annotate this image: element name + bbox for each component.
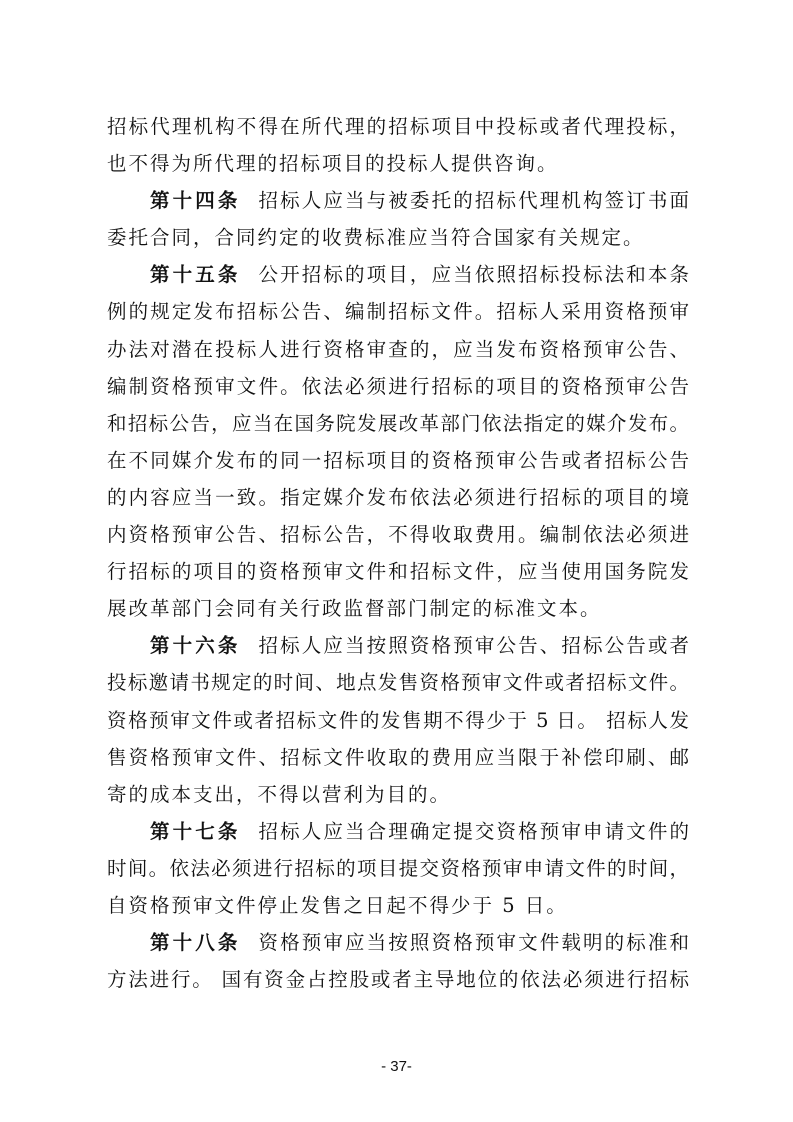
document-page: 招标代理机构不得在所代理的招标项目中投标或者代理投标， 也不得为所代理的招标项目… [0, 0, 793, 1122]
text-line: 售资格预审文件、招标文件收取的费用应当限于补偿印刷、邮 [107, 739, 689, 776]
article-18-heading-line: 第十八条资格预审应当按照资格预审文件载明的标准和 [107, 924, 689, 961]
line-text: 在不同媒介发布的同一招标项目的资格预审公告或者招标公告 [107, 449, 689, 472]
line-text: 办法对潜在投标人进行资格审查的，应当发布资格预审公告、 [107, 338, 689, 361]
text-line: 投标邀请书规定的时间、地点发售资格预审文件或者招标文件。 [107, 664, 689, 701]
text-line: 的内容应当一致。指定媒介发布依法必须进行招标的项目的境 [107, 479, 689, 516]
line-text: 寄的成本支出，不得以营利为目的。 [107, 783, 451, 806]
page-number: - 37- [0, 1058, 793, 1075]
text-line: 自资格预审文件停止发售之日起不得少于 5 日。 [107, 887, 689, 924]
article-17-heading-line: 第十七条招标人应当合理确定提交资格预审申请文件的 [107, 813, 689, 850]
line-text: 时间。依法必须进行招标的项目提交资格预审申请文件的时间， [107, 857, 689, 880]
text-line: 和招标公告，应当在国务院发展改革部门依法指定的媒介发布。 [107, 405, 689, 442]
text-line: 也不得为所代理的招标项目的投标人提供咨询。 [107, 145, 689, 182]
line-text: 招标代理机构不得在所代理的招标项目中投标或者代理投标， [107, 115, 689, 138]
line-text: 资格预审应当按照资格预审文件载明的标准和 [259, 931, 689, 954]
line-text: 自资格预审文件停止发售之日起不得少于 5 日。 [107, 894, 568, 917]
article-15-heading-line: 第十五条公开招标的项目，应当依照招标投标法和本条 [107, 256, 689, 293]
line-text: 编制资格预审文件。依法必须进行招标的项目的资格预审公告 [107, 375, 689, 398]
line-text: 公开招标的项目，应当依照招标投标法和本条 [259, 263, 689, 286]
text-line: 寄的成本支出，不得以营利为目的。 [107, 776, 689, 813]
article-number: 第十五条 [150, 263, 241, 286]
article-14-heading-line: 第十四条招标人应当与被委托的招标代理机构签订书面 [107, 182, 689, 219]
line-text: 委托合同，合同约定的收费标准应当符合国家有关规定。 [107, 226, 645, 249]
text-line: 委托合同，合同约定的收费标准应当符合国家有关规定。 [107, 219, 689, 256]
line-text: 方法进行。 国有资金占控股或者主导地位的依法必须进行招标 [107, 968, 689, 991]
line-text: 招标人应当与被委托的招标代理机构签订书面 [259, 189, 689, 212]
text-line: 在不同媒介发布的同一招标项目的资格预审公告或者招标公告 [107, 442, 689, 479]
article-16-heading-line: 第十六条招标人应当按照资格预审公告、招标公告或者 [107, 627, 689, 664]
text-line: 资格预审文件或者招标文件的发售期不得少于 5 日。 招标人发 [107, 702, 689, 739]
line-text: 的内容应当一致。指定媒介发布依法必须进行招标的项目的境 [107, 486, 689, 509]
text-line: 展改革部门会同有关行政监督部门制定的标准文本。 [107, 590, 689, 627]
text-line: 时间。依法必须进行招标的项目提交资格预审申请文件的时间， [107, 850, 689, 887]
article-number: 第十六条 [150, 634, 241, 657]
body-text: 招标代理机构不得在所代理的招标项目中投标或者代理投标， 也不得为所代理的招标项目… [107, 108, 689, 998]
line-text: 投标邀请书规定的时间、地点发售资格预审文件或者招标文件。 [107, 671, 689, 694]
line-text: 内资格预审公告、招标公告，不得收取费用。编制依法必须进 [107, 523, 689, 546]
text-line: 行招标的项目的资格预审文件和招标文件，应当使用国务院发 [107, 553, 689, 590]
line-text: 售资格预审文件、招标文件收取的费用应当限于补偿印刷、邮 [107, 746, 689, 769]
line-text: 也不得为所代理的招标项目的投标人提供咨询。 [107, 152, 559, 175]
article-number: 第十四条 [150, 189, 241, 212]
line-text: 展改革部门会同有关行政监督部门制定的标准文本。 [107, 597, 602, 620]
article-number: 第十八条 [150, 931, 241, 954]
line-text: 行招标的项目的资格预审文件和招标文件，应当使用国务院发 [107, 560, 689, 583]
line-text: 和招标公告，应当在国务院发展改革部门依法指定的媒介发布。 [107, 412, 689, 435]
text-line: 例的规定发布招标公告、编制招标文件。招标人采用资格预审 [107, 293, 689, 330]
text-line: 招标代理机构不得在所代理的招标项目中投标或者代理投标， [107, 108, 689, 145]
text-line: 方法进行。 国有资金占控股或者主导地位的依法必须进行招标 [107, 961, 689, 998]
line-text: 资格预审文件或者招标文件的发售期不得少于 5 日。 招标人发 [107, 709, 689, 732]
text-line: 办法对潜在投标人进行资格审查的，应当发布资格预审公告、 [107, 331, 689, 368]
article-number: 第十七条 [150, 820, 241, 843]
line-text: 招标人应当合理确定提交资格预审申请文件的 [259, 820, 689, 843]
text-line: 内资格预审公告、招标公告，不得收取费用。编制依法必须进 [107, 516, 689, 553]
text-line: 编制资格预审文件。依法必须进行招标的项目的资格预审公告 [107, 368, 689, 405]
line-text: 例的规定发布招标公告、编制招标文件。招标人采用资格预审 [107, 300, 689, 323]
line-text: 招标人应当按照资格预审公告、招标公告或者 [259, 634, 689, 657]
